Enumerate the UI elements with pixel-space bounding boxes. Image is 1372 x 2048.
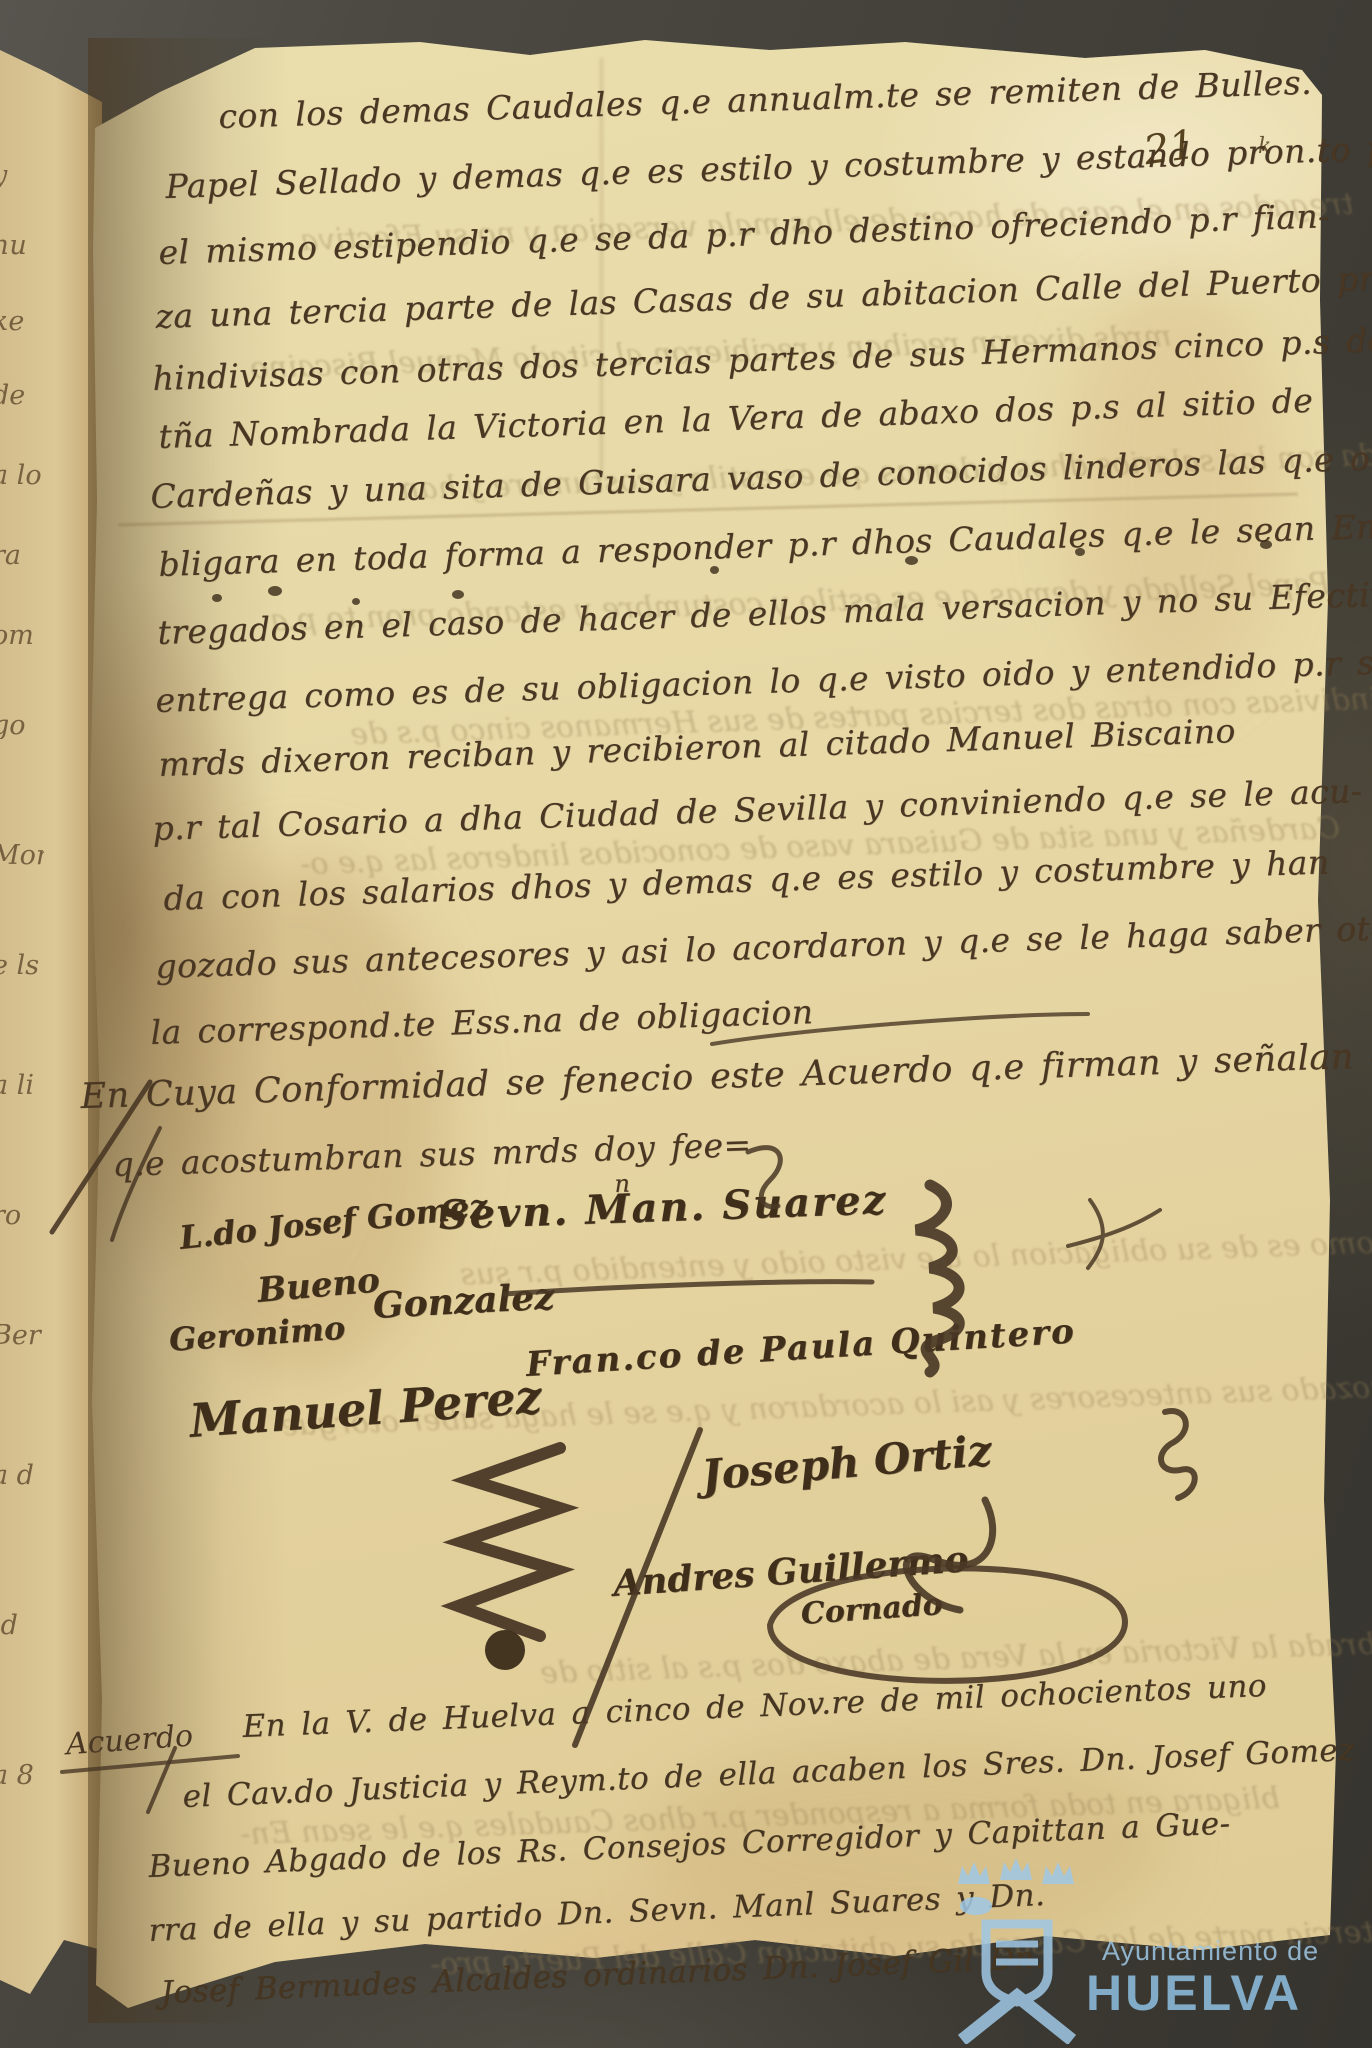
huelva-crest-icon [952, 1844, 1082, 2044]
margin-note-acuerdo: Acuerdo [65, 1722, 194, 1761]
crown-right [1042, 1862, 1074, 1884]
watermark-text-huelva: HUELVA [1086, 1964, 1302, 2022]
left-page-fragment: de [0, 382, 44, 409]
ink-blot [452, 590, 464, 599]
crown-center [1000, 1858, 1032, 1880]
ink-blot [212, 594, 222, 602]
ink-blot [905, 556, 918, 565]
chevron [962, 1996, 1072, 2040]
left-page-fragment: y [0, 162, 44, 189]
eye-mark [960, 1897, 992, 1915]
left-page-fragment: hu [0, 232, 44, 259]
ink-blot [710, 566, 719, 574]
ink-blot [1260, 540, 1272, 549]
left-page-fragment: a li [0, 1072, 44, 1099]
shield-bars [996, 1944, 1038, 1962]
left-page-fragment: Mor [0, 842, 44, 869]
ink-blot [352, 598, 360, 605]
signature-gonzalez: Gonzalez [372, 1278, 555, 1323]
left-page-fragment: a 8 [0, 1762, 44, 1789]
signature-bueno: Bueno [256, 1263, 381, 1308]
left-page-fragment: ro [0, 1202, 44, 1229]
left-page-fragment: ke [0, 308, 44, 335]
left-page-fragment: go [0, 712, 44, 739]
left-page-fragment: e ls [0, 952, 44, 979]
watermark-text-ayuntamiento: Ayuntamiento de [1102, 1936, 1319, 1967]
ink-blot [1075, 548, 1085, 556]
ink-blot [268, 586, 282, 596]
crown-left [958, 1862, 990, 1884]
huelva-watermark: Ayuntamiento de HUELVA [940, 1840, 1370, 2048]
left-page-fragment: om [0, 622, 44, 649]
left-page-fragment: a lo [0, 462, 44, 489]
left-page-fragment: ra [0, 542, 44, 569]
left-page-fragment: id [0, 1612, 44, 1639]
left-page-fragment: Ber [0, 1322, 44, 1349]
archival-scan: y hu ke de a lo ra om go Mor e ls a li r… [0, 0, 1372, 2048]
left-page-fragment: a d [0, 1462, 44, 1489]
